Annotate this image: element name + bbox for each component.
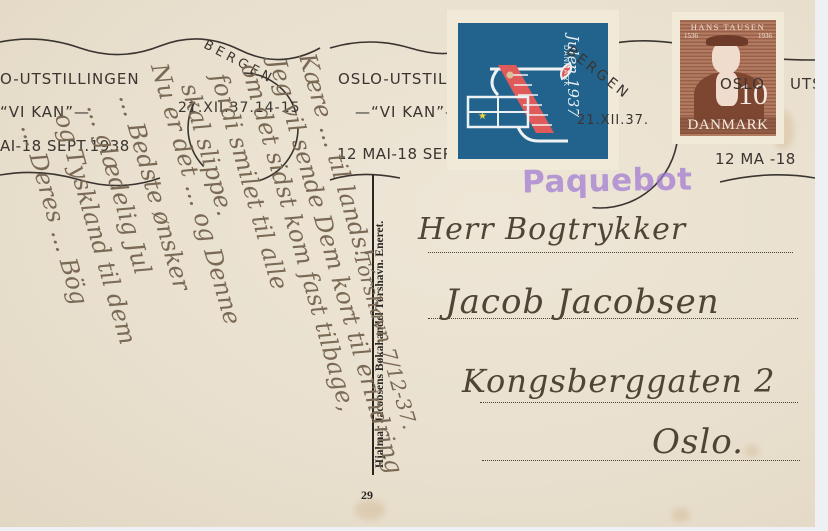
address-rule-4: [482, 460, 800, 461]
postmark-date: 21.XII.37.: [577, 113, 649, 128]
address-line-2: Jacob Jacobsen: [445, 282, 720, 322]
address-line-1: Herr Bogtrykker: [418, 212, 686, 247]
christmas-seal: Julen 1937 DANMARK: [458, 23, 608, 159]
paquebot-cachet: Paquebot: [522, 162, 693, 201]
stamp-portrait-label: HANS TAUSEN: [680, 22, 776, 32]
postcard: O-UTSTILLINGEN “VI KAN”— AI-18 SEPT.1938…: [0, 0, 815, 527]
cancel-slogan-2: —“VI KAN”—: [355, 103, 461, 121]
address-rule-3: [480, 402, 798, 403]
address-rule-2: [428, 318, 798, 319]
cancel-slogan-right-2: UTS: [790, 75, 815, 93]
portrait-cap: [706, 35, 748, 46]
stamp-country: DANMARK: [680, 117, 776, 134]
sleigh-icon: [458, 23, 608, 159]
cancel-slogan-right-3: 12 MA -18: [715, 150, 796, 168]
portrait-face: [712, 42, 740, 74]
publisher-imprint: Hjalmar Jacobsens Bøkahandel Tørshavn. E…: [384, 178, 385, 179]
cancel-slogan-left-1: O-UTSTILLINGEN: [0, 70, 140, 88]
stamp-year-left: 1536: [684, 32, 698, 40]
cancel-slogan-right-1: OSLO: [720, 75, 765, 93]
address-line-3: Kongsberggaten 2: [462, 362, 776, 400]
address-rule-1: [428, 252, 793, 253]
card-number: 29: [361, 488, 373, 503]
stamp-year-right: 1936: [758, 32, 772, 40]
address-line-4: Oslo.: [652, 422, 744, 462]
